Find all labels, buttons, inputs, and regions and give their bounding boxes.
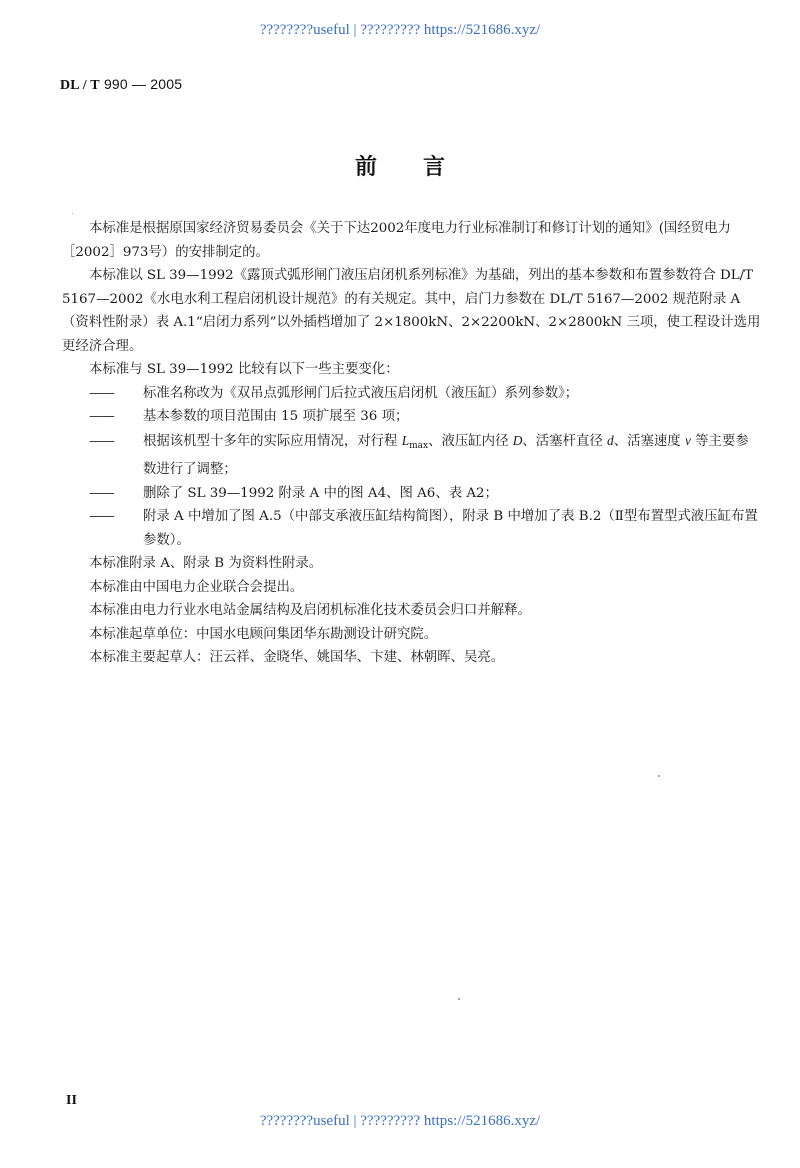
change-item-text: 根据该机型十多年的实际应用情况，对行程 — [143, 434, 402, 449]
paragraph-appendix-note: 本标准附录 A、附录 B 为资料性附录。 — [62, 552, 762, 576]
change-item-text: 附录 A 中增加了图 A.5（中部支承液压缸结构简图），附录 B 中增加了表 B… — [143, 509, 758, 548]
change-item-text: 、活塞杆直径 — [522, 434, 607, 449]
document-code: DL / T 990 — 2005 — [60, 76, 182, 94]
change-item-text: 基本参数的项目范围由 15 项扩展至 36 项； — [143, 409, 408, 424]
dash-bullet: —— — [89, 505, 143, 529]
change-item: ——标准名称改为《双吊点弧形闸门后拉式液压启闭机（液压缸）系列参数》； — [89, 382, 762, 406]
change-item-text: 删除了 SL 39—1992 附录 A 中的图 A4、图 A6、表 A2； — [143, 486, 498, 501]
scan-speck — [658, 775, 660, 777]
change-item: ——基本参数的项目范围由 15 项扩展至 36 项； — [89, 405, 762, 429]
variable-cylinder-diameter: D — [513, 433, 523, 448]
page-title: 前言 — [0, 150, 800, 181]
paragraph-drafting-unit: 本标准起草单位：中国水电顾问集团华东勘测设计研究院。 — [62, 623, 762, 647]
document-code-prefix: DL / T — [60, 78, 100, 93]
watermark-link-top[interactable]: ????????useful | ????????? https://52168… — [0, 22, 800, 39]
dash-bullet: —— — [89, 382, 143, 406]
change-item: ——删除了 SL 39—1992 附录 A 中的图 A4、图 A6、表 A2； — [89, 482, 762, 506]
dash-bullet: —— — [89, 405, 143, 429]
watermark-link-bottom[interactable]: ????????useful | ????????? https://52168… — [0, 1113, 800, 1130]
change-item-text: 、活塞速度 — [614, 434, 685, 449]
change-item-text: 、液压缸内径 — [428, 434, 513, 449]
paragraph-parameters: 本标准以 SL 39—1992《露顶式弧形闸门液压启闭机系列标准》为基础，列出的… — [62, 264, 762, 358]
subscript-max: max — [409, 441, 428, 451]
scan-speck — [458, 998, 460, 1000]
paragraph-proposer: 本标准由中国电力企业联合会提出。 — [62, 576, 762, 600]
paragraph-changes-intro: 本标准与 SL 39—1992 比较有以下一些主要变化： — [62, 358, 762, 382]
variable-rod-diameter: d — [607, 433, 614, 448]
dash-bullet: —— — [89, 482, 143, 506]
paragraph-basis: 本标准是根据原国家经济贸易委员会《关于下达2002年度电力行业标准制订和修订计划… — [62, 217, 762, 264]
paragraph-administrator: 本标准由电力行业水电站金属结构及启闭机标准化技术委员会归口并解释。 — [62, 599, 762, 623]
change-item: ——附录 A 中增加了图 A.5（中部支承液压缸结构简图），附录 B 中增加了表… — [89, 505, 762, 552]
document-code-number: 990 — 2005 — [100, 76, 182, 92]
change-item: ——根据该机型十多年的实际应用情况，对行程 Lmax、液压缸内径 D、活塞杆直径… — [89, 429, 762, 482]
page-number: II — [66, 1093, 77, 1109]
dash-bullet: —— — [89, 430, 143, 454]
scan-speck — [72, 213, 73, 214]
foreword-body: 本标准是根据原国家经济贸易委员会《关于下达2002年度电力行业标准制订和修订计划… — [62, 217, 762, 670]
change-item-text: 标准名称改为《双吊点弧形闸门后拉式液压启闭机（液压缸）系列参数》； — [143, 386, 578, 401]
paragraph-drafters: 本标准主要起草人：汪云祥、金晓华、姚国华、卞建、林朝晖、吴亮。 — [62, 646, 762, 670]
